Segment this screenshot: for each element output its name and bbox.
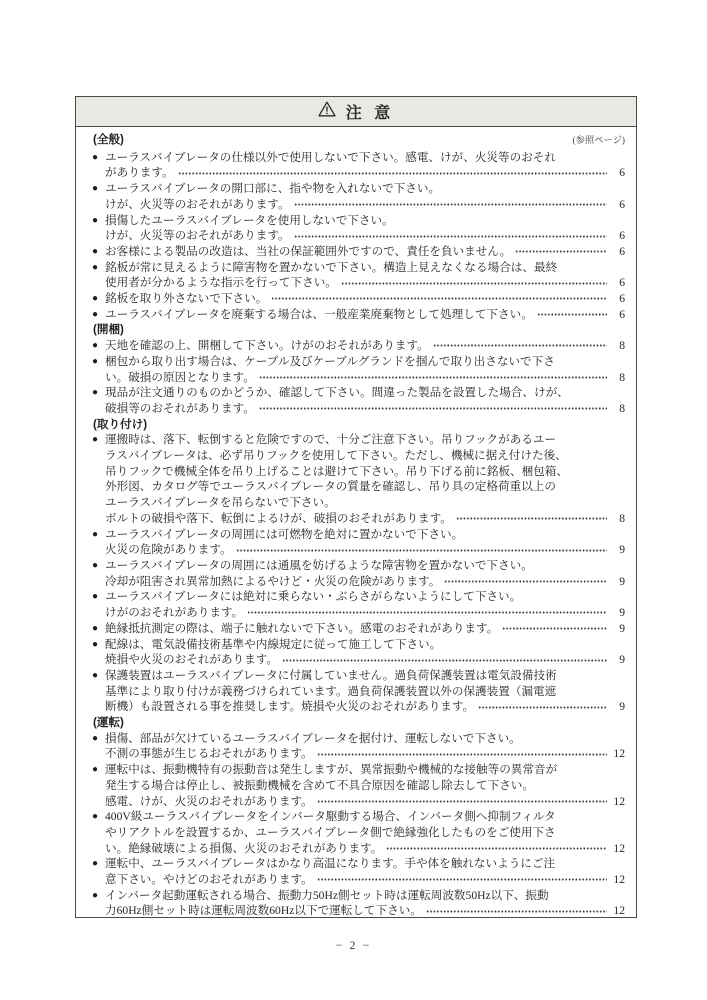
caution-item: ●ユーラスバイブレータには絶対に乗らない・ぶらさがらないようにして下さい。けがの… — [93, 589, 625, 620]
dot-leader — [502, 623, 607, 634]
item-line-text: けが、火災等のおそれがあります。 — [105, 197, 290, 213]
item-line-text: 意下さい。やけどのおそれがあります。 — [105, 872, 313, 888]
page-ref: 9 — [610, 542, 625, 558]
bullet-icon: ● — [92, 260, 98, 276]
caution-item: ●ユーラスバイブレータの開口部に、指や物を入れないで下さい。けが、火災等のおそれ… — [93, 181, 625, 212]
section-heading: (運転) — [93, 715, 124, 731]
item-line: 外形図、カタログ等でユーラスバイブレータの質量を確認し、吊り具の定格荷重以上の — [105, 479, 625, 495]
page-ref: 6 — [610, 275, 625, 291]
page-ref: 9 — [610, 605, 625, 621]
dot-leader — [317, 796, 607, 807]
item-line-text: ユーラスバイブレータを廃棄する場合は、一般産業廃棄物として処理して下さい。 — [105, 307, 533, 323]
page-ref: 12 — [610, 903, 625, 919]
item-line: 銘板を取り外さないで下さい。6 — [105, 291, 625, 307]
bullet-icon: ● — [92, 621, 98, 637]
bullet-icon: ● — [92, 731, 98, 747]
bullet-icon: ● — [92, 244, 98, 260]
caution-item: ●ユーラスバイブレータの周囲には通風を妨げるような障害物を置かないで下さい。冷却… — [93, 558, 625, 589]
dot-leader — [478, 702, 607, 713]
dot-leader — [317, 874, 607, 885]
bullet-icon: ● — [92, 558, 98, 574]
bullet-icon: ● — [92, 291, 98, 307]
caution-box: 注 意 (全般)(参照ページ)●ユーラスバイブレータの仕様以外で使用しないで下さ… — [75, 96, 637, 918]
item-line: 運搬時は、落下、転倒すると危険ですので、十分ご注意下さい。吊りフックがあるユー — [105, 432, 625, 448]
dot-leader — [282, 655, 607, 666]
page-ref: 9 — [610, 574, 625, 590]
page-ref: 12 — [610, 841, 625, 857]
caution-item: ●運転中、ユーラスバイブレータはかなり高温になります。手や体を触れないようにご注… — [93, 856, 625, 887]
item-line: 運転中、ユーラスバイブレータはかなり高温になります。手や体を触れないようにご注 — [105, 856, 625, 872]
item-line: 天地を確認の上、開梱して下さい。けがのおそれがあります。8 — [105, 338, 625, 354]
page-number-footer: − 2 − — [0, 938, 707, 953]
item-line-text: 破損等のおそれがあります。 — [105, 401, 255, 417]
bullet-icon: ● — [92, 385, 98, 401]
item-line-text: 不測の事態が生じるおそれがあります。 — [105, 746, 313, 762]
item-line: ユーラスバイブレータには絶対に乗らない・ぶらさがらないようにして下さい。 — [105, 589, 625, 605]
dot-leader — [294, 231, 607, 242]
page-title: 注 意 — [346, 100, 394, 123]
page-ref: 6 — [610, 228, 625, 244]
page-ref: 8 — [610, 511, 625, 527]
dot-leader — [515, 246, 607, 257]
item-line-text: ボルトの破損や落下、転倒によるけが、破損のおそれがあります。 — [105, 511, 452, 527]
bullet-icon: ● — [92, 589, 98, 605]
caution-item: ●梱包から取り出す場合は、ケーブル及びケーブルグランドを掴んで取り出さないで下さ… — [93, 354, 625, 385]
dot-leader — [386, 843, 607, 854]
item-line-text: 使用者が分かるような指示を行って下さい。 — [105, 275, 337, 291]
item-line-text: 銘板を取り外さないで下さい。 — [105, 291, 267, 307]
bullet-icon: ● — [92, 668, 98, 684]
item-line-text: けが、火災等のおそれがあります。 — [105, 228, 290, 244]
item-line: 破損等のおそれがあります。8 — [105, 401, 625, 417]
item-line: 力60Hz側セット時は運転周波数60Hz以下で運転して下さい。12 — [105, 903, 625, 919]
item-line-text: い。破損の原因となります。 — [105, 370, 255, 386]
section: (取り付け)●運搬時は、落下、転倒すると危険ですので、十分ご注意下さい。吊りフッ… — [93, 417, 625, 715]
section: (運転)●損傷、部品が欠けているユーラスバイブレータを据付け、運転しないで下さい… — [93, 715, 625, 919]
caution-item: ●銘板が常に見えるように障害物を置かないで下さい。構造上見えなくなる場合は、最終… — [93, 260, 625, 291]
item-line: ユーラスバイブレータの周囲には可燃物を絶対に置かないで下さい。 — [105, 527, 625, 543]
caution-item: ●銘板を取り外さないで下さい。6 — [93, 291, 625, 307]
item-line: 銘板が常に見えるように障害物を置かないで下さい。構造上見えなくなる場合は、最終 — [105, 260, 625, 276]
page-ref: 6 — [610, 244, 625, 260]
bullet-icon: ● — [92, 762, 98, 778]
page-ref: 8 — [610, 370, 625, 386]
item-line: 使用者が分かるような指示を行って下さい。6 — [105, 275, 625, 291]
caution-item: ●運転中は、振動機特有の振動音は発生しますが、異常振動や機械的な接触等の異常音が… — [93, 762, 625, 809]
item-line: 配線は、電気設備技術基準や内線規定に従って施工して下さい。 — [105, 637, 625, 653]
warning-triangle-icon — [318, 101, 336, 122]
page-ref: 8 — [610, 401, 625, 417]
item-line: インバータ起動運転される場合、振動力50Hz側セット時は運転周波数50Hz以下、… — [105, 888, 625, 904]
section-heading-row: (全般)(参照ページ) — [93, 132, 625, 150]
item-line: 損傷、部品が欠けているユーラスバイブレータを据付け、運転しないで下さい。 — [105, 731, 625, 747]
page-ref: 12 — [610, 872, 625, 888]
page-ref: 6 — [610, 197, 625, 213]
bullet-icon: ● — [92, 150, 98, 166]
item-line: ユーラスバイブレータの開口部に、指や物を入れないで下さい。 — [105, 181, 625, 197]
item-line-text: があります。 — [105, 165, 174, 181]
item-line-text: 力60Hz側セット時は運転周波数60Hz以下で運転して下さい。 — [105, 903, 422, 919]
bullet-icon: ● — [92, 637, 98, 653]
item-line: やリアクトルを設置するか、ユーラスバイブレータ側で絶縁強化したものをご使用下さ — [105, 825, 625, 841]
bullet-icon: ● — [92, 338, 98, 354]
item-line-text: 焼損や火災のおそれがあります。 — [105, 652, 278, 668]
item-line: けが、火災等のおそれがあります。6 — [105, 228, 625, 244]
item-line: ユーラスバイブレータを吊らないで下さい。 — [105, 495, 625, 511]
dot-leader — [271, 293, 607, 304]
bullet-icon: ● — [92, 856, 98, 872]
sections-container: (全般)(参照ページ)●ユーラスバイブレータの仕様以外で使用しないで下さい。感電… — [76, 127, 636, 919]
section-heading-row: (開梱) — [93, 322, 625, 338]
ref-page-label: (参照ページ) — [573, 134, 626, 150]
caution-item: ●保護装置はユーラスバイブレータに付属していません。過負荷保護装置は電気設備技術… — [93, 668, 625, 715]
bullet-icon: ● — [92, 888, 98, 904]
bullet-icon: ● — [92, 181, 98, 197]
caution-title-bar: 注 意 — [76, 97, 636, 127]
item-line: 火災の危険があります。9 — [105, 542, 625, 558]
item-line: 焼損や火災のおそれがあります。9 — [105, 652, 625, 668]
item-line: 不測の事態が生じるおそれがあります。12 — [105, 746, 625, 762]
section-heading-row: (運転) — [93, 715, 625, 731]
item-line: けが、火災等のおそれがあります。6 — [105, 197, 625, 213]
section-heading-row: (取り付け) — [93, 417, 625, 433]
item-line: 400V級ユーラスバイブレータをインバータ駆動する場合、インバータ側へ抑制フィル… — [105, 809, 625, 825]
caution-item: ●絶縁抵抗測定の際は、端子に触れないで下さい。感電のおそれがあります。9 — [93, 621, 625, 637]
caution-item: ●お客様による製品の改造は、当社の保証範囲外ですので、責任を負いません。6 — [93, 244, 625, 260]
section-heading: (取り付け) — [93, 417, 147, 433]
dot-leader — [456, 513, 607, 524]
item-line: けがのおそれがあります。9 — [105, 605, 625, 621]
item-line: 断機）も設置される事を推奨します。焼損や火災のおそれがあります。9 — [105, 699, 625, 715]
item-line: 基準により取り付けが義務づけられています。過負荷保護装置以外の保護装置（漏電遮 — [105, 684, 625, 700]
dot-leader — [444, 576, 607, 587]
item-line: ユーラスバイブレータを廃棄する場合は、一般産業廃棄物として処理して下さい。6 — [105, 307, 625, 323]
item-line-text: 冷却が阻害され異常加熱によるやけど・火災の危険があります。 — [105, 574, 440, 590]
section: (開梱)●天地を確認の上、開梱して下さい。けがのおそれがあります。8●梱包から取… — [93, 322, 625, 416]
item-line: お客様による製品の改造は、当社の保証範囲外ですので、責任を負いません。6 — [105, 244, 625, 260]
dot-leader — [259, 372, 607, 383]
caution-item: ●インバータ起動運転される場合、振動力50Hz側セット時は運転周波数50Hz以下… — [93, 888, 625, 919]
item-line: があります。6 — [105, 165, 625, 181]
item-line: い。破損の原因となります。8 — [105, 370, 625, 386]
page-ref: 6 — [610, 165, 625, 181]
section: (全般)(参照ページ)●ユーラスバイブレータの仕様以外で使用しないで下さい。感電… — [93, 132, 625, 322]
page-ref: 9 — [610, 699, 625, 715]
item-line-text: 天地を確認の上、開梱して下さい。けがのおそれがあります。 — [105, 338, 429, 354]
dot-leader — [317, 749, 607, 760]
page-ref: 12 — [610, 746, 625, 762]
page-ref: 12 — [610, 794, 625, 810]
item-line: ボルトの破損や落下、転倒によるけが、破損のおそれがあります。8 — [105, 511, 625, 527]
bullet-icon: ● — [92, 213, 98, 229]
dot-leader — [537, 309, 607, 320]
item-line: 保護装置はユーラスバイブレータに付属していません。過負荷保護装置は電気設備技術 — [105, 668, 625, 684]
page-ref: 8 — [610, 338, 625, 354]
caution-item: ●損傷したユーラスバイブレータを使用しないで下さい。けが、火災等のおそれがありま… — [93, 213, 625, 244]
item-line-text: お客様による製品の改造は、当社の保証範囲外ですので、責任を負いません。 — [105, 244, 511, 260]
item-line-text: 火災の危険があります。 — [105, 542, 232, 558]
item-line: 意下さい。やけどのおそれがあります。12 — [105, 872, 625, 888]
dot-leader — [426, 906, 607, 917]
caution-item: ●ユーラスバイブレータの周囲には可燃物を絶対に置かないで下さい。火災の危険があり… — [93, 527, 625, 558]
item-line: 現品が注文通りのものかどうか、確認して下さい。間違った製品を設置した場合、けが、 — [105, 385, 625, 401]
bullet-icon: ● — [92, 809, 98, 825]
caution-item: ●運搬時は、落下、転倒すると危険ですので、十分ご注意下さい。吊りフックがあるユー… — [93, 432, 625, 526]
bullet-icon: ● — [92, 432, 98, 448]
item-line: 梱包から取り出す場合は、ケーブル及びケーブルグランドを掴んで取り出さないで下さ — [105, 354, 625, 370]
bullet-icon: ● — [92, 307, 98, 323]
item-line: 冷却が阻害され異常加熱によるやけど・火災の危険があります。9 — [105, 574, 625, 590]
dot-leader — [178, 168, 607, 179]
caution-item: ●損傷、部品が欠けているユーラスバイブレータを据付け、運転しないで下さい。不測の… — [93, 731, 625, 762]
caution-item: ●ユーラスバイブレータの仕様以外で使用しないで下さい。感電、けが、火災等のおそれ… — [93, 150, 625, 181]
dot-leader — [341, 278, 607, 289]
item-line-text: けがのおそれがあります。 — [105, 605, 243, 621]
page-ref: 6 — [610, 291, 625, 307]
dot-leader — [259, 403, 607, 414]
bullet-icon: ● — [92, 354, 98, 370]
item-line: 運転中は、振動機特有の振動音は発生しますが、異常振動や機械的な接触等の異常音が — [105, 762, 625, 778]
dot-leader — [247, 607, 607, 618]
item-line: 発生する場合は停止し、被振動機械を含めて不具合原因を確認し除去して下さい。 — [105, 778, 625, 794]
dot-leader — [294, 199, 607, 210]
page-ref: 9 — [610, 621, 625, 637]
item-line: 吊りフックで機械全体を吊り上げることは避けて下さい。吊り下げる前に銘板、梱包箱、 — [105, 464, 625, 480]
caution-item: ●現品が注文通りのものかどうか、確認して下さい。間違った製品を設置した場合、けが… — [93, 385, 625, 416]
dot-leader — [236, 545, 607, 556]
item-line: い。絶縁破壊による損傷、火災のおそれがあります。12 — [105, 841, 625, 857]
item-line: ユーラスバイブレータの仕様以外で使用しないで下さい。感電、けが、火災等のおそれ — [105, 150, 625, 166]
caution-item: ●400V級ユーラスバイブレータをインバータ駆動する場合、インバータ側へ抑制フィ… — [93, 809, 625, 856]
item-line-text: 絶縁抵抗測定の際は、端子に触れないで下さい。感電のおそれがあります。 — [105, 621, 498, 637]
item-line: 感電、けが、火災のおそれがあります。12 — [105, 794, 625, 810]
caution-item: ●配線は、電気設備技術基準や内線規定に従って施工して下さい。焼損や火災のおそれが… — [93, 637, 625, 668]
section-heading: (全般) — [93, 132, 124, 148]
caution-item: ●天地を確認の上、開梱して下さい。けがのおそれがあります。8 — [93, 338, 625, 354]
section-heading: (開梱) — [93, 322, 124, 338]
item-line-text: 感電、けが、火災のおそれがあります。 — [105, 794, 313, 810]
dot-leader — [433, 340, 607, 351]
page-ref: 6 — [610, 307, 625, 323]
bullet-icon: ● — [92, 527, 98, 543]
page-ref: 9 — [610, 652, 625, 668]
item-line-text: 断機）も設置される事を推奨します。焼損や火災のおそれがあります。 — [105, 699, 474, 715]
item-line: 損傷したユーラスバイブレータを使用しないで下さい。 — [105, 213, 625, 229]
item-line: ラスバイブレータは、必ず吊りフックを使用して下さい。ただし、機械に据え付けた後、 — [105, 448, 625, 464]
item-line-text: い。絶縁破壊による損傷、火災のおそれがあります。 — [105, 841, 382, 857]
caution-item: ●ユーラスバイブレータを廃棄する場合は、一般産業廃棄物として処理して下さい。6 — [93, 307, 625, 323]
item-line: ユーラスバイブレータの周囲には通風を妨げるような障害物を置かないで下さい。 — [105, 558, 625, 574]
item-line: 絶縁抵抗測定の際は、端子に触れないで下さい。感電のおそれがあります。9 — [105, 621, 625, 637]
